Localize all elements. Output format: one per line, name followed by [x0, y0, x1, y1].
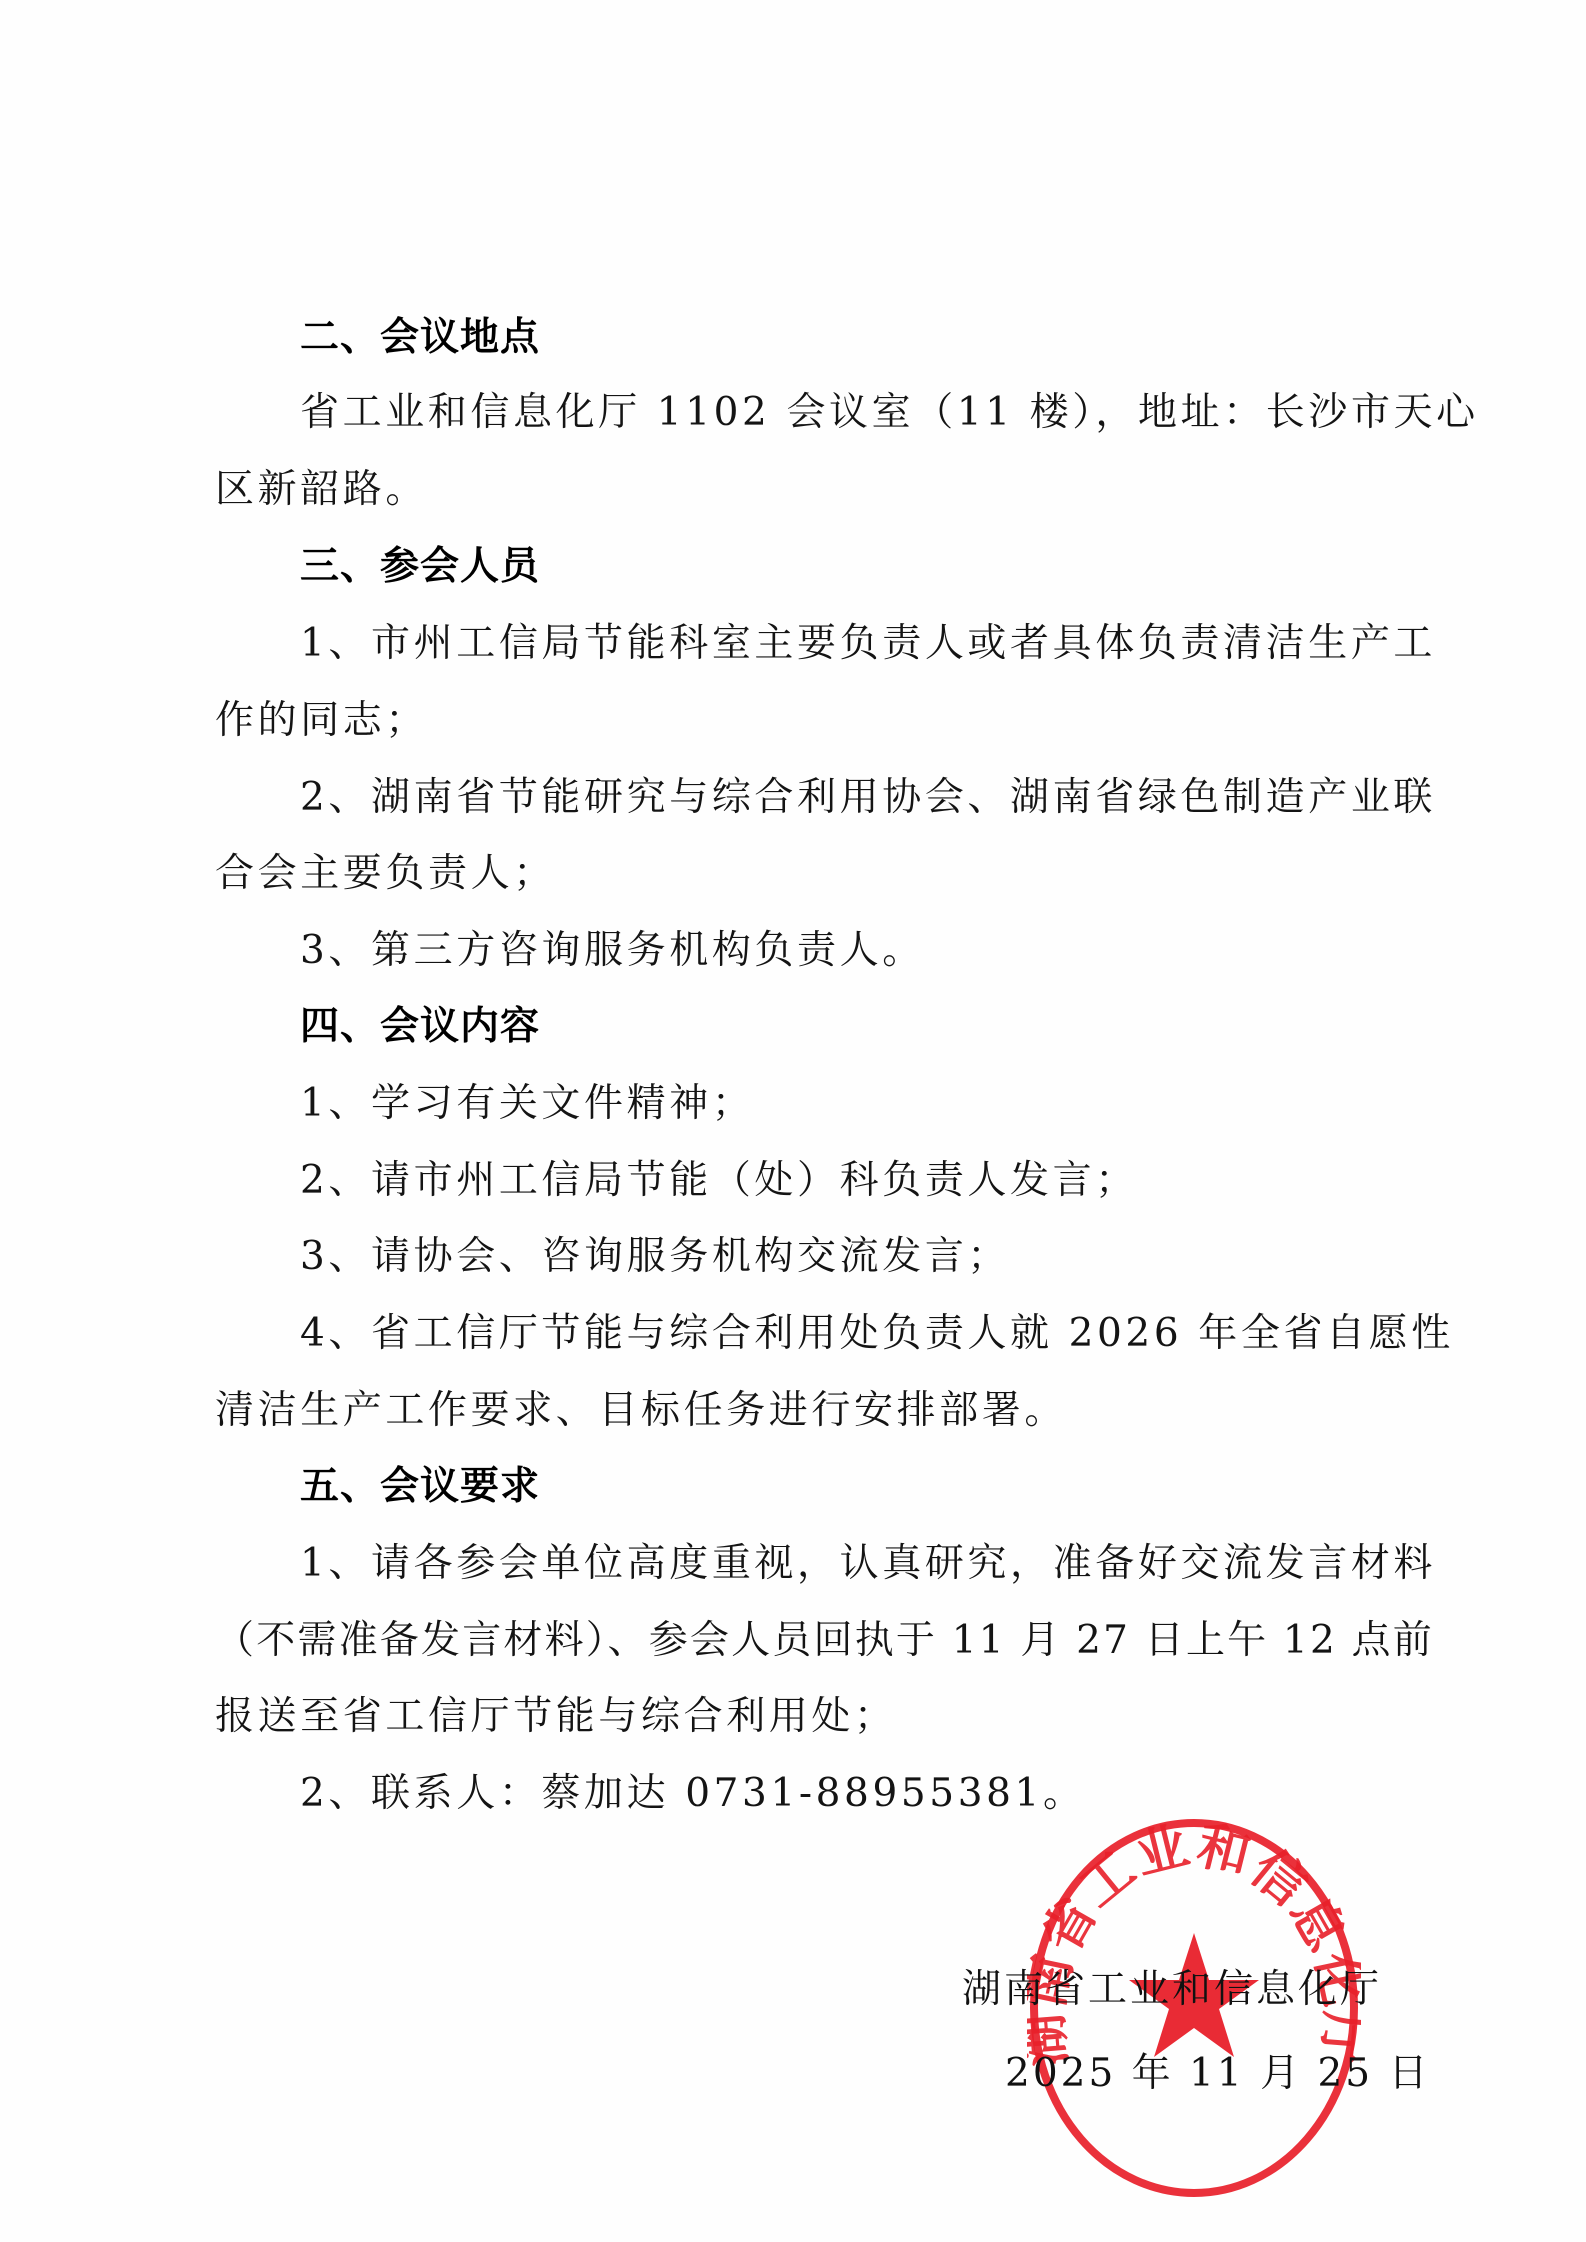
section-heading-requirements: 五、会议要求	[300, 1448, 1505, 1525]
section-heading-location: 二、会议地点	[300, 299, 1505, 376]
paragraph-line: 1、市州工信局节能科室主要负责人或者具体负责清洁生产工	[300, 605, 1420, 682]
paragraph-line: 省工业和信息化厅 1102 会议室（11 楼），地址：长沙市天心	[300, 374, 1420, 451]
paragraph-line: 1、学习有关文件精神；	[300, 1065, 1420, 1142]
paragraph-line: 1、请各参会单位高度重视，认真研究，准备好交流发言材料	[300, 1525, 1420, 1602]
paragraph-line: 作的同志；	[215, 682, 1420, 759]
paragraph-line: 合会主要负责人；	[215, 835, 1420, 912]
section-heading-attendees: 三、参会人员	[300, 528, 1505, 605]
paragraph-line: 2、请市州工信局节能（处）科负责人发言；	[300, 1142, 1420, 1219]
section-heading-content: 四、会议内容	[300, 988, 1505, 1065]
document-page: 二、会议地点 省工业和信息化厅 1102 会议室（11 楼），地址：长沙市天心 …	[0, 0, 1586, 2242]
paragraph-line: 3、第三方咨询服务机构负责人。	[300, 912, 1420, 989]
paragraph-line: 2、湖南省节能研究与综合利用协会、湖南省绿色制造产业联	[300, 759, 1420, 836]
paragraph-line: 清洁生产工作要求、目标任务进行安排部署。	[215, 1372, 1420, 1449]
paragraph-line: 报送至省工信厅节能与综合利用处；	[215, 1678, 1420, 1755]
paragraph-line: 区新韶路。	[215, 451, 1420, 528]
paragraph-line: 4、省工信厅节能与综合利用处负责人就 2026 年全省自愿性	[300, 1295, 1420, 1372]
signature-organization: 湖南省工业和信息化厅	[962, 1960, 1382, 2020]
paragraph-line: 3、请协会、咨询服务机构交流发言；	[300, 1218, 1420, 1295]
paragraph-line: （不需准备发言材料）、参会人员回执于 11 月 27 日上午 12 点前	[215, 1602, 1420, 1679]
signature-date: 2025 年 11 月 25 日	[1005, 2044, 1431, 2104]
